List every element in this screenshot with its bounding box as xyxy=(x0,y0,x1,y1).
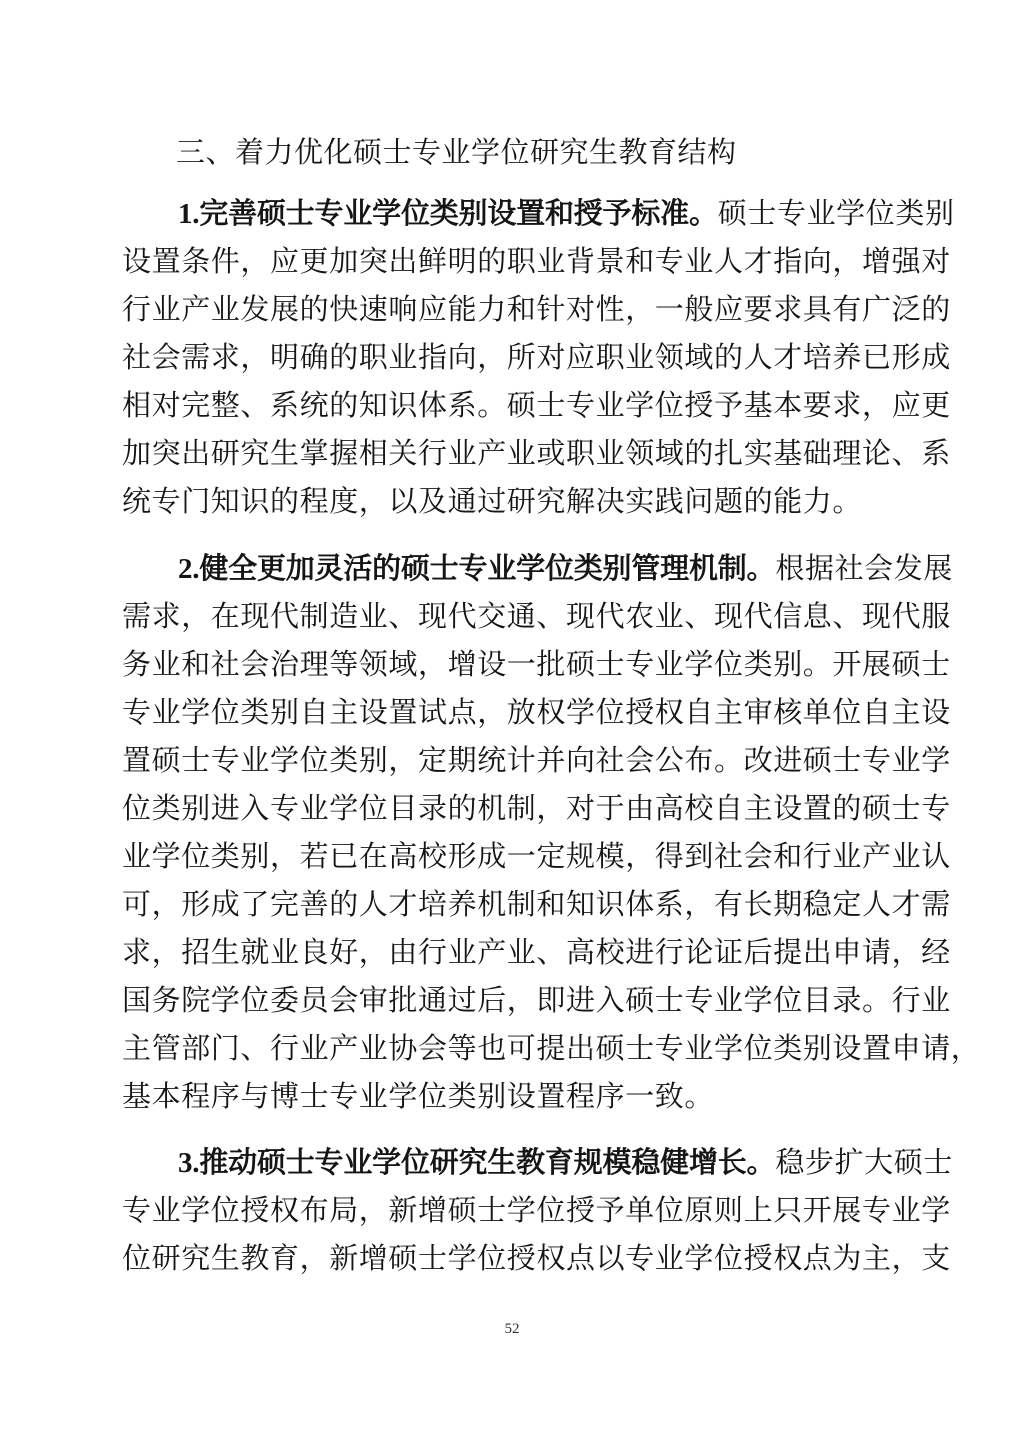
paragraph-line: 加突出研究生掌握相关行业产业或职业领域的扎实基础理论、系 xyxy=(122,429,902,477)
paragraph-line: 专业学位类别自主设置试点，放权学位授权自主审核单位自主设 xyxy=(122,688,902,736)
paragraph-line: 位研究生教育，新增硕士学位授权点以专业学位授权点为主，支 xyxy=(122,1234,902,1282)
paragraph-line: 位类别进入专业学位目录的机制，对于由高校自主设置的硕士专 xyxy=(122,784,902,832)
paragraph-line: 设置条件，应更加突出鲜明的职业背景和专业人才指向，增强对 xyxy=(122,237,902,285)
paragraph-lead-title: 2.健全更加灵活的硕士专业学位类别管理机制。 xyxy=(178,551,775,585)
paragraph-line: 基本程序与博士专业学位类别设置程序一致。 xyxy=(122,1072,902,1120)
paragraph-lead-title: 1.完善硕士专业学位类别设置和授予标准。 xyxy=(178,196,718,230)
lead-title-text: 健全更加灵活的硕士专业学位类别管理机制。 xyxy=(199,551,775,585)
paragraph-line: 行业产业发展的快速响应能力和针对性，一般应要求具有广泛的 xyxy=(122,285,902,333)
lead-title-text: 完善硕士专业学位类别设置和授予标准。 xyxy=(199,196,717,230)
line-text: 稳步扩大硕士 xyxy=(775,1145,953,1179)
lead-title-text: 推动硕士专业学位研究生教育规模稳健增长。 xyxy=(199,1145,775,1179)
paragraph-line: 务业和社会治理等领域，增设一批硕士专业学位类别。开展硕士 xyxy=(122,640,902,688)
paragraph-line: 1.完善硕士专业学位类别设置和授予标准。硕士专业学位类别 xyxy=(122,189,902,237)
paragraph-line: 统专门知识的程度，以及通过研究解决实践问题的能力。 xyxy=(122,477,902,525)
paragraph-1: 1.完善硕士专业学位类别设置和授予标准。硕士专业学位类别 设置条件，应更加突出鲜… xyxy=(122,189,902,525)
document-page: 三、着力优化硕士专业学位研究生教育结构 1.完善硕士专业学位类别设置和授予标准。… xyxy=(0,0,1024,1446)
paragraph-line: 置硕士专业学位类别，定期统计并向社会公布。改进硕士专业学 xyxy=(122,736,902,784)
paragraph-lead-title: 3.推动硕士专业学位研究生教育规模稳健增长。 xyxy=(178,1145,775,1179)
paragraph-line: 国务院学位委员会审批通过后，即进入硕士专业学位目录。行业 xyxy=(122,976,902,1024)
paragraph-2: 2.健全更加灵活的硕士专业学位类别管理机制。根据社会发展 需求，在现代制造业、现… xyxy=(122,544,902,1120)
paragraph-line: 专业学位授权布局，新增硕士学位授予单位原则上只开展专业学 xyxy=(122,1186,902,1234)
paragraph-line: 相对完整、系统的知识体系。硕士专业学位授予基本要求，应更 xyxy=(122,381,902,429)
paragraph-number: 2. xyxy=(178,553,199,585)
paragraph-line: 需求，在现代制造业、现代交通、现代农业、现代信息、现代服 xyxy=(122,592,902,640)
section-heading: 三、着力优化硕士专业学位研究生教育结构 xyxy=(176,134,737,170)
paragraph-number: 3. xyxy=(178,1147,199,1179)
paragraph-number: 1. xyxy=(178,198,199,230)
paragraph-line: 社会需求，明确的职业指向，所对应职业领域的人才培养已形成 xyxy=(122,333,902,381)
paragraph-line: 求，招生就业良好，由行业产业、高校进行论证后提出申请，经 xyxy=(122,928,902,976)
paragraph-line: 2.健全更加灵活的硕士专业学位类别管理机制。根据社会发展 xyxy=(122,544,902,592)
paragraph-line: 3.推动硕士专业学位研究生教育规模稳健增长。稳步扩大硕士 xyxy=(122,1138,902,1186)
line-text: 硕士专业学位类别 xyxy=(718,196,955,230)
paragraph-3: 3.推动硕士专业学位研究生教育规模稳健增长。稳步扩大硕士 专业学位授权布局，新增… xyxy=(122,1138,902,1282)
page-number: 52 xyxy=(0,1321,1024,1338)
paragraph-line: 主管部门、行业产业协会等也可提出硕士专业学位类别设置申请， xyxy=(122,1024,902,1072)
line-text: 根据社会发展 xyxy=(775,551,953,585)
paragraph-line: 业学位类别，若已在高校形成一定规模，得到社会和行业产业认 xyxy=(122,832,902,880)
paragraph-line: 可，形成了完善的人才培养机制和知识体系，有长期稳定人才需 xyxy=(122,880,902,928)
